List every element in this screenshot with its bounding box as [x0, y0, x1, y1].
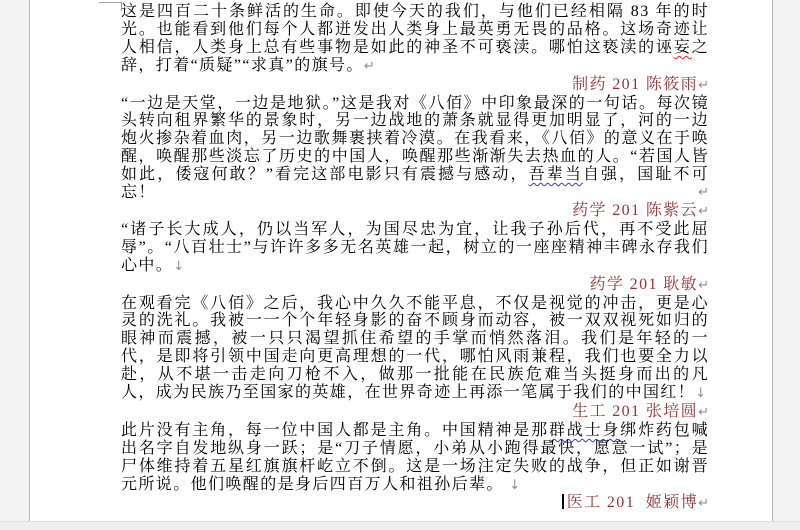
body-paragraph: “诸子长大成人，仍以当军人，为国尽忠为宜，让我子孙后代，再不受此屈辱”。“八百壮… — [121, 221, 709, 276]
attribution-line: 制药 201 陈筱雨↵ — [121, 76, 709, 95]
line-break-mark-icon: ↓ — [695, 386, 706, 401]
line-break-mark-icon: ↓ — [173, 259, 184, 274]
document-workspace: 这是四百二十条鲜活的生命。即使今天的我们，与他们已经相隔 83 年的时光。也能看… — [0, 0, 800, 530]
attribution-line: 医工 201 姬颖博↵ — [121, 494, 709, 513]
text-cursor — [562, 494, 564, 509]
body-paragraph: 这是四百二十条鲜活的生命。即使今天的我们，与他们已经相隔 83 年的时光。也能看… — [121, 3, 709, 76]
text-run: 药学 201 耿敏 — [589, 276, 698, 293]
paragraph-mark-icon: ↵ — [698, 184, 709, 202]
text-boundary-mark — [99, 2, 122, 11]
attribution-line: 生工 201 张培圆↵ — [121, 403, 709, 422]
text-run: 制药 201 陈筱雨 — [572, 76, 698, 93]
text-area[interactable]: 这是四百二十条鲜活的生命。即使今天的我们，与他们已经相隔 83 年的时光。也能看… — [121, 3, 709, 513]
horizontal-scrollbar-area[interactable] — [0, 521, 800, 530]
text-run: “诸子长大成人，仍以当军人，为国尽忠为宜，让我子孙后代，再不受此屈辱”。“八百壮… — [121, 221, 709, 274]
body-paragraph: 此片没有主角，每一位中国人都是主角。中国精神是那群战士身绑炸药包喊出名字自发地纵… — [121, 422, 709, 495]
text-run: 药学 201 陈紫云 — [572, 202, 698, 219]
body-paragraph: “一边是天堂，一边是地狱。”这是我对《八佰》中印象最深的一句话。每次镜头转向租界… — [121, 95, 709, 202]
paragraph-mark-icon: ↵ — [698, 78, 709, 93]
document-page[interactable]: 这是四百二十条鲜活的生命。即使今天的我们，与他们已经相隔 83 年的时光。也能看… — [29, 0, 773, 521]
paragraph-mark-icon: ↵ — [698, 496, 709, 511]
grammar-flagged-text: 吾辈当 — [529, 166, 583, 183]
paragraph-mark-icon: ↵ — [698, 405, 709, 420]
text-run: 此片没有主角，每一位中国人都是主角。中国精神是那 — [121, 422, 549, 439]
paragraph-mark-icon: ↵ — [698, 278, 709, 293]
attribution-line: 药学 201 耿敏↵ — [121, 276, 709, 295]
paragraph-mark-icon: ↵ — [698, 204, 709, 219]
spellcheck-flagged-text: 妄 — [674, 39, 692, 56]
paragraph-mark-icon: ↵ — [364, 59, 375, 74]
attribution-line: 药学 201 陈紫云↵ — [121, 202, 709, 221]
text-run: 医工 201 姬颖博 — [567, 494, 698, 511]
text-run: 在观看完《八佰》之后，我心中久久不能平息，不仅是视觉的冲击，更是心灵的洗礼。我被… — [121, 295, 709, 402]
grammar-flagged-text: 群战士身 — [549, 422, 620, 439]
text-run: 这是四百二十条鲜活的生命。即使今天的我们，与他们已经相隔 83 年的时光。也能看… — [121, 3, 709, 56]
text-run: 生工 201 张培圆 — [572, 403, 698, 420]
body-paragraph: 在观看完《八佰》之后，我心中久久不能平息，不仅是视觉的冲击，更是心灵的洗礼。我被… — [121, 295, 709, 403]
line-break-mark-icon: ↓ — [509, 478, 520, 493]
